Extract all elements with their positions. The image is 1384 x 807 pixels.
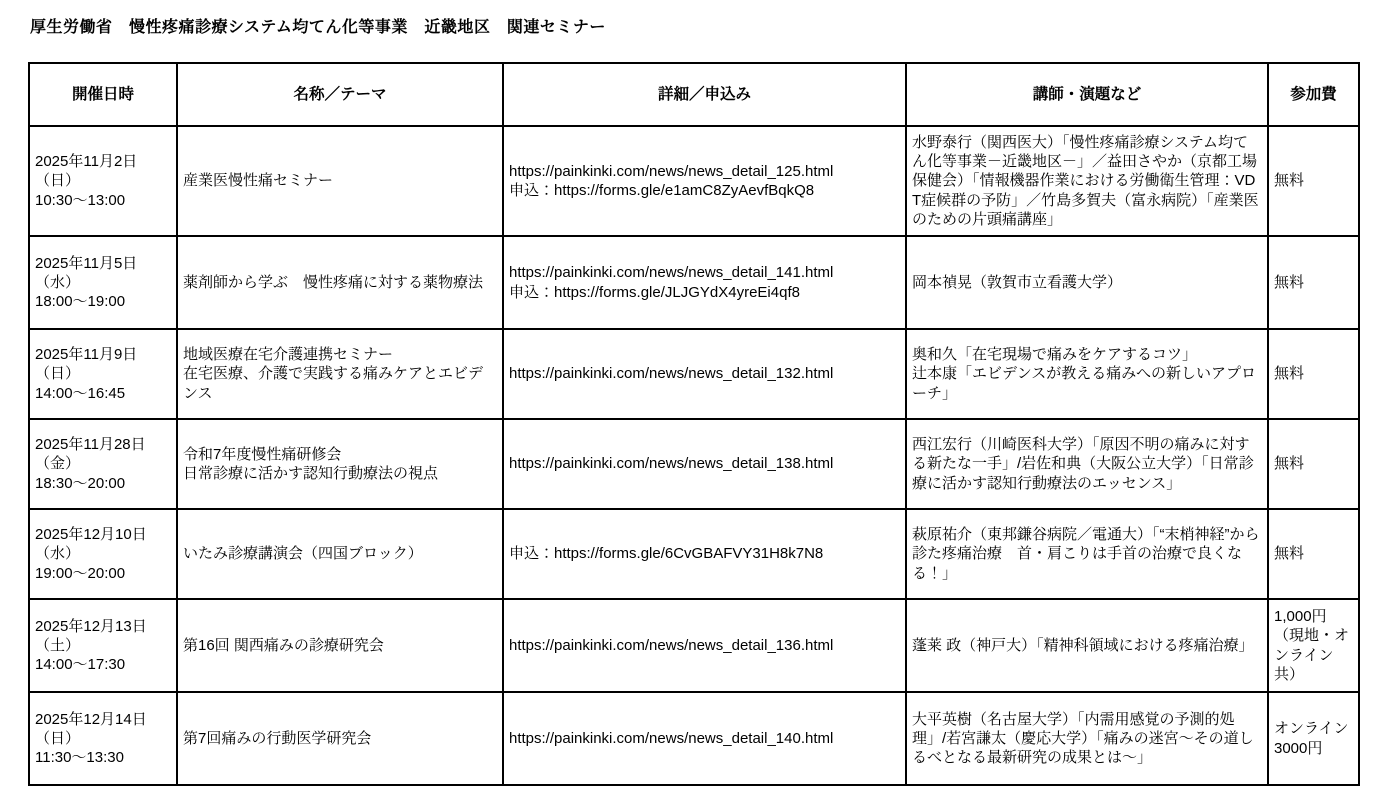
seminar-fee: 無料 xyxy=(1268,236,1359,329)
seminar-details-url: 申込：https://forms.gle/6CvGBAFVY31H8k7N8 xyxy=(503,509,906,599)
seminar-fee: 無料 xyxy=(1268,126,1359,236)
seminar-name: 令和7年度慢性痛研修会 日常診療に活かす認知行動療法の視点 xyxy=(177,419,503,509)
seminar-name: 薬剤師から学ぶ 慢性疼痛に対する薬物療法 xyxy=(177,236,503,329)
seminar-name: いたみ診療講演会（四国ブロック） xyxy=(177,509,503,599)
table-row: 2025年11月2日（日） 10:30～13:00 産業医慢性痛セミナー htt… xyxy=(29,126,1359,236)
seminar-datetime: 2025年12月14日 （日） 11:30～13:30 xyxy=(29,692,177,785)
seminar-fee: 無料 xyxy=(1268,329,1359,419)
seminar-datetime: 2025年11月28日 （金） 18:30～20:00 xyxy=(29,419,177,509)
table-row: 2025年11月28日 （金） 18:30～20:00 令和7年度慢性痛研修会 … xyxy=(29,419,1359,509)
col-header-name: 名称／テーマ xyxy=(177,63,503,126)
col-header-lecturers: 講師・演題など xyxy=(906,63,1268,126)
seminar-lecturers: 奥和久「在宅現場で痛みをケアするコツ」 辻本康「エビデンスが教える痛みへの新しい… xyxy=(906,329,1268,419)
seminar-fee: 1,000円（現地・オンライン共） xyxy=(1268,599,1359,692)
col-header-details: 詳細／申込み xyxy=(503,63,906,126)
table-row: 2025年12月13日 （土） 14:00～17:30 第16回 関西痛みの診療… xyxy=(29,599,1359,692)
seminar-fee: 無料 xyxy=(1268,509,1359,599)
seminar-details-url: https://painkinki.com/news/news_detail_1… xyxy=(503,236,906,329)
seminar-datetime: 2025年11月2日（日） 10:30～13:00 xyxy=(29,126,177,236)
seminar-details-url: https://painkinki.com/news/news_detail_1… xyxy=(503,329,906,419)
seminar-datetime: 2025年12月13日 （土） 14:00～17:30 xyxy=(29,599,177,692)
seminar-lecturers: 水野泰行（関西医大）「慢性疼痛診療システム均てん化等事業－近畿地区－」／益田さや… xyxy=(906,126,1268,236)
seminar-details-url: https://painkinki.com/news/news_detail_1… xyxy=(503,599,906,692)
seminar-datetime: 2025年11月9日（日） 14:00～16:45 xyxy=(29,329,177,419)
seminar-details-url: https://painkinki.com/news/news_detail_1… xyxy=(503,419,906,509)
seminar-lecturers: 大平英樹（名古屋大学）「内需用感覚の予測的処理」/若宮謙太（慶応大学）「痛みの迷… xyxy=(906,692,1268,785)
table-row: 2025年11月9日（日） 14:00～16:45 地域医療在宅介護連携セミナー… xyxy=(29,329,1359,419)
seminar-fee: 無料 xyxy=(1268,419,1359,509)
seminar-lecturers: 蓬莱 政（神戸大）「精神科領域における疼痛治療」 xyxy=(906,599,1268,692)
seminar-lecturers: 岡本禎晃（敦賀市立看護大学） xyxy=(906,236,1268,329)
col-header-fee: 参加費 xyxy=(1268,63,1359,126)
seminar-lecturers: 萩原祐介（東邦鎌谷病院／電通大）「“末梢神経”から診た疼痛治療 首・肩こりは手首… xyxy=(906,509,1268,599)
col-header-datetime: 開催日時 xyxy=(29,63,177,126)
table-row: 2025年12月10日 （水） 19:00～20:00 いたみ診療講演会（四国ブ… xyxy=(29,509,1359,599)
table-header-row: 開催日時 名称／テーマ 詳細／申込み 講師・演題など 参加費 xyxy=(29,63,1359,126)
table-row: 2025年12月14日 （日） 11:30～13:30 第7回痛みの行動医学研究… xyxy=(29,692,1359,785)
seminar-details-url: https://painkinki.com/news/news_detail_1… xyxy=(503,126,906,236)
seminar-name: 地域医療在宅介護連携セミナー 在宅医療、介護で実践する痛みケアとエビデンス xyxy=(177,329,503,419)
page-title: 厚生労働省 慢性疼痛診療システム均てん化等事業 近畿地区 関連セミナー xyxy=(30,14,606,37)
seminar-fee: オンライン 3000円 xyxy=(1268,692,1359,785)
seminar-lecturers: 西江宏行（川崎医科大学）「原因不明の痛みに対する新たな一手」/岩佐和典（大阪公立… xyxy=(906,419,1268,509)
seminar-name: 第16回 関西痛みの診療研究会 xyxy=(177,599,503,692)
seminar-datetime: 2025年12月10日 （水） 19:00～20:00 xyxy=(29,509,177,599)
page: 厚生労働省 慢性疼痛診療システム均てん化等事業 近畿地区 関連セミナー 開催日時… xyxy=(0,0,1384,807)
seminar-datetime: 2025年11月5日（水） 18:00～19:00 xyxy=(29,236,177,329)
seminar-name: 産業医慢性痛セミナー xyxy=(177,126,503,236)
seminar-details-url: https://painkinki.com/news/news_detail_1… xyxy=(503,692,906,785)
table-row: 2025年11月5日（水） 18:00～19:00 薬剤師から学ぶ 慢性疼痛に対… xyxy=(29,236,1359,329)
seminar-table: 開催日時 名称／テーマ 詳細／申込み 講師・演題など 参加費 2025年11月2… xyxy=(28,62,1360,786)
seminar-name: 第7回痛みの行動医学研究会 xyxy=(177,692,503,785)
